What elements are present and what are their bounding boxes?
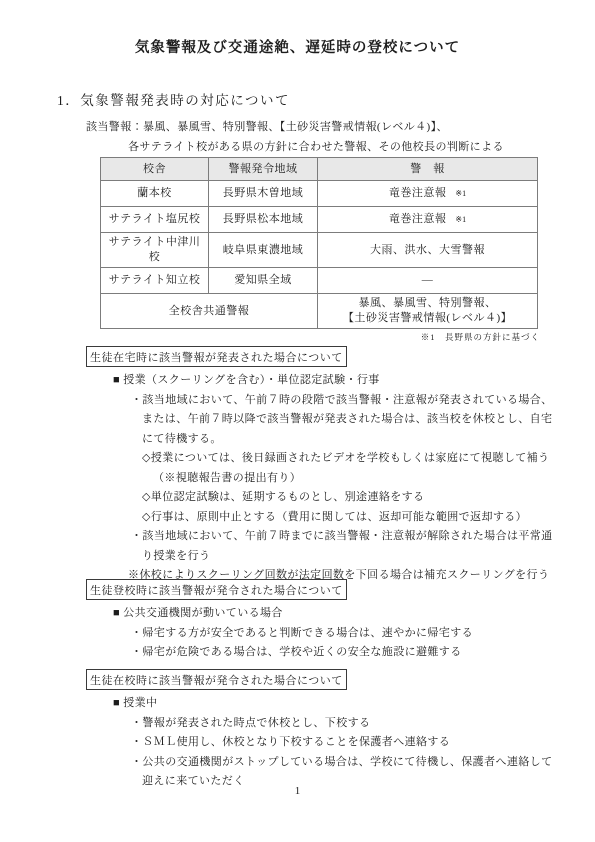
section-arrival-warning: 生徒登校時に該当警報が発令された場合について ■ 公共交通機関が動いている場合 …	[86, 579, 586, 663]
box-heading-at-school: 生徒在校時に該当警報が発令された場合について	[86, 669, 347, 690]
applicable-warnings-intro: 該当警報：暴風、暴風雪、特別警報、【土砂災害警戒情報(レベル４)】、 各サテライ…	[86, 117, 504, 157]
text-line: ■ 公共交通機関が動いている場合	[113, 604, 586, 624]
table-row: サテライト知立校 愛知県全域 ―	[101, 268, 538, 294]
section-1-heading: 1．気象警報発表時の対応について	[57, 89, 290, 109]
header-warning: 警 報	[318, 158, 538, 181]
text-line: ・該当地域において、午前７時の段階で該当警報・注意報が発表されている場合、	[131, 391, 586, 411]
document-page: 気象警報及び交通途絶、遅延時の登校について 1．気象警報発表時の対応について 該…	[0, 0, 595, 842]
text-line: または、午前７時以降で該当警報が発表された場合は、該当校を休校とし、自宅	[142, 410, 586, 430]
page-number: 1	[0, 785, 595, 797]
table-row: サテライト塩尻校 長野県松本地域 竜巻注意報※1	[101, 207, 538, 233]
warning-text: ―	[422, 274, 434, 286]
cell-region: 長野県松本地域	[209, 207, 318, 233]
common-warning-line-1: 暴風、暴風雪、特別警報、	[323, 296, 532, 311]
intro-line-1: 該当警報：暴風、暴風雪、特別警報、【土砂災害警戒情報(レベル４)】、	[86, 117, 504, 137]
common-warning-line-2: 【土砂災害警戒情報(レベル４)】	[323, 311, 532, 326]
text-line: にて待機する。	[142, 430, 586, 450]
note-ref: ※1	[455, 215, 466, 224]
warning-table-wrapper: 校舎 警報発令地域 警 報 蘭本校 長野県木曽地域 竜巻注意報※1 サテライト塩…	[100, 157, 538, 329]
text-line: ・警報が発表された時点で休校とし、下校する	[131, 714, 586, 734]
cell-warning: 竜巻注意報※1	[318, 181, 538, 207]
cell-campus: サテライト知立校	[101, 268, 209, 294]
warning-text: 大雨、洪水、大雪警報	[370, 244, 485, 256]
intro-line-2: 各サテライト校がある県の方針に合わせた警報、その他校長の判断による	[128, 137, 504, 157]
arrival-warning-lines: ■ 公共交通機関が動いている場合 ・帰宅する方が安全であると判断できる場合は、速…	[86, 604, 586, 663]
text-line: ◇単位認定試験は、延期するものとし、別途連絡をする	[142, 488, 586, 508]
header-region: 警報発令地域	[209, 158, 318, 181]
box-heading-home: 生徒在宅時に該当警報が発表された場合について	[86, 346, 347, 367]
warning-text: 竜巻注意報	[389, 213, 447, 225]
cell-warning: ―	[318, 268, 538, 294]
text-line: ・ＳＭＬ使用し、休校となり下校することを保護者へ連絡する	[131, 733, 586, 753]
text-line: ■ 授業中	[113, 694, 586, 714]
cell-campus: 蘭本校	[101, 181, 209, 207]
table-footnote: ※1 長野県の方針に基づく	[100, 331, 540, 343]
warning-table: 校舎 警報発令地域 警 報 蘭本校 長野県木曽地域 竜巻注意報※1 サテライト塩…	[100, 157, 538, 329]
cell-warning: 大雨、洪水、大雪警報	[318, 233, 538, 268]
text-line: ・帰宅が危険である場合は、学校や近くの安全な施設に避難する	[131, 643, 586, 663]
section-at-school-warning: 生徒在校時に該当警報が発令された場合について ■ 授業中 ・警報が発表された時点…	[86, 669, 586, 792]
text-line: ・公共の交通機関がストップしている場合は、学校にて待機し、保護者へ連絡して	[131, 753, 586, 773]
cell-common-label: 全校舎共通警報	[101, 294, 318, 329]
text-line: ・帰宅する方が安全であると判断できる場合は、速やかに帰宅する	[131, 624, 586, 644]
at-school-warning-lines: ■ 授業中 ・警報が発表された時点で休校とし、下校する ・ＳＭＬ使用し、休校とな…	[86, 694, 586, 792]
warning-text: 竜巻注意報	[389, 187, 447, 199]
box-heading-arrival: 生徒登校時に該当警報が発令された場合について	[86, 579, 347, 600]
cell-campus: サテライト塩尻校	[101, 207, 209, 233]
cell-warning: 竜巻注意報※1	[318, 207, 538, 233]
text-line: ◇授業については、後日録画されたビデオを学校もしくは家庭にて視聴して補う	[142, 449, 586, 469]
section-home-warning: 生徒在宅時に該当警報が発表された場合について ■ 授業（スクーリングを含む）・単…	[86, 346, 586, 586]
text-line: ◇行事は、原則中止とする（費用に関しては、返却可能な範囲で返却する）	[142, 508, 586, 528]
table-row: 蘭本校 長野県木曽地域 竜巻注意報※1	[101, 181, 538, 207]
text-line: （※視聴報告書の提出有り）	[153, 469, 586, 489]
text-line: ・該当地域において、午前７時までに該当警報・注意報が解除された場合は平常通	[131, 527, 586, 547]
header-campus: 校舎	[101, 158, 209, 181]
cell-common-warning: 暴風、暴風雪、特別警報、 【土砂災害警戒情報(レベル４)】	[318, 294, 538, 329]
table-header-row: 校舎 警報発令地域 警 報	[101, 158, 538, 181]
table-row: サテライト中津川校 岐阜県東濃地域 大雨、洪水、大雪警報	[101, 233, 538, 268]
cell-campus: サテライト中津川校	[101, 233, 209, 268]
cell-region: 愛知県全域	[209, 268, 318, 294]
text-line: ■ 授業（スクーリングを含む）・単位認定試験・行事	[113, 371, 586, 391]
home-warning-lines: ■ 授業（スクーリングを含む）・単位認定試験・行事 ・該当地域において、午前７時…	[86, 371, 586, 586]
cell-region: 岐阜県東濃地域	[209, 233, 318, 268]
cell-region: 長野県木曽地域	[209, 181, 318, 207]
text-line: り授業を行う	[142, 547, 586, 567]
table-row-common: 全校舎共通警報 暴風、暴風雪、特別警報、 【土砂災害警戒情報(レベル４)】	[101, 294, 538, 329]
document-title: 気象警報及び交通途絶、遅延時の登校について	[0, 36, 595, 57]
note-ref: ※1	[455, 189, 466, 198]
